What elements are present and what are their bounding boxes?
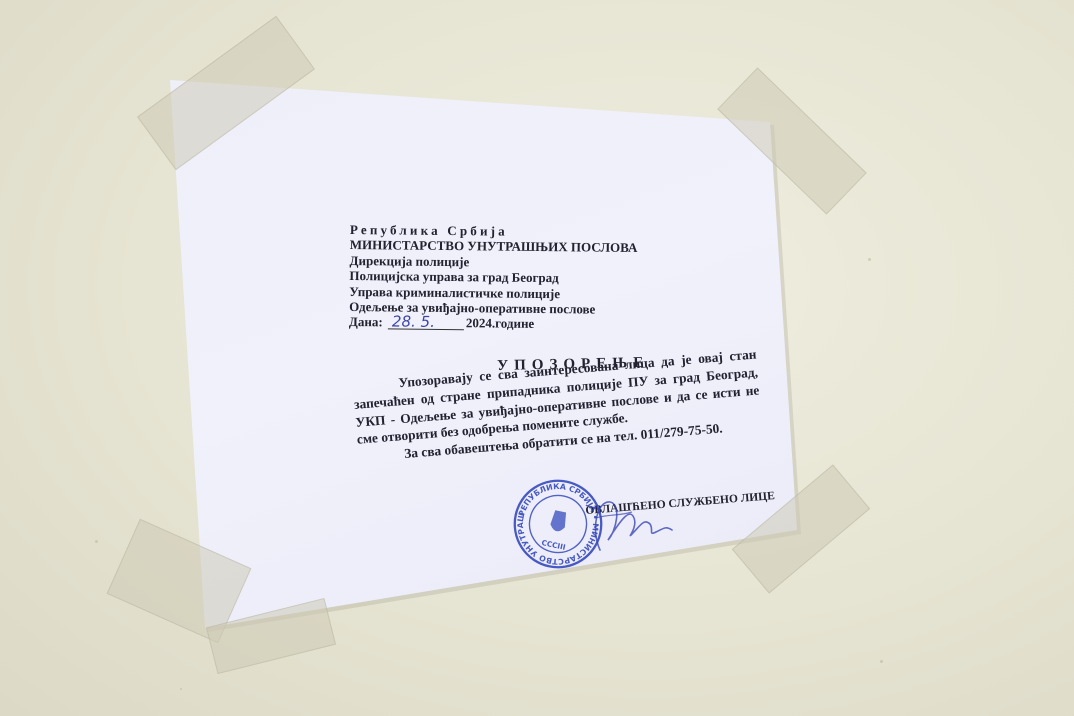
letterhead: Република Србија МИНИСТАРСТВО УНУТРАШЊИХ… bbox=[349, 222, 638, 333]
date-suffix: 2024.године bbox=[466, 316, 534, 332]
date-handwritten: 28. 5. bbox=[388, 315, 464, 331]
date-label: Дана: bbox=[349, 314, 383, 329]
date-line: Дана: 28. 5.2024.године bbox=[349, 314, 637, 332]
notice-body: Упозоравају се сва заинтересована лица д… bbox=[352, 346, 763, 467]
handwritten-signature-icon bbox=[560, 488, 710, 558]
notice-document: Република Србија МИНИСТАРСТВО УНУТРАШЊИХ… bbox=[0, 0, 1074, 716]
